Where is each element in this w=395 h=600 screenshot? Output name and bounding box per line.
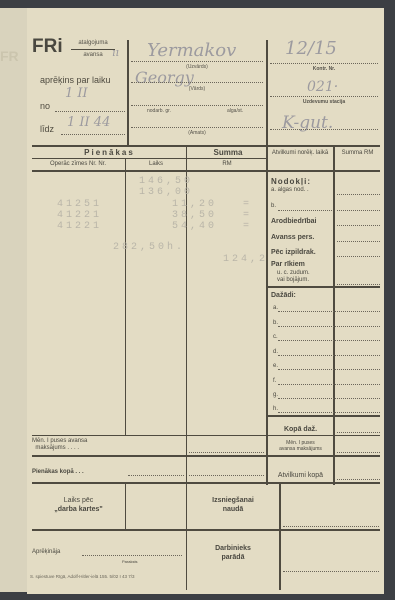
tax-a: a. algas nod. . xyxy=(271,187,309,193)
payout-label: Izsniegšanainaudā xyxy=(187,496,279,514)
damages-label: Par rīkiem xyxy=(271,261,305,268)
rm-line-4: 38,50 xyxy=(172,210,217,221)
earnings-sum-header: Summa xyxy=(188,148,268,157)
tax-b: b. xyxy=(271,203,276,209)
position-caption: (Amats) xyxy=(131,130,263,136)
ops-line-4: 41221 xyxy=(57,210,102,221)
calculated-by-label: Aprēķināja xyxy=(32,549,60,555)
earnings-header: Pienākas xyxy=(32,148,187,157)
misc-label: Dažādi: xyxy=(271,292,296,299)
union-fees: Arodbiedrībai xyxy=(271,218,317,225)
period-to-label: līdz xyxy=(40,124,54,134)
ops-line-5: 41221 xyxy=(57,221,102,232)
deductions-total-label: Atvilkumi kopā xyxy=(268,472,333,479)
position-value[interactable]: K-gut. xyxy=(282,113,333,133)
worker-owes-label: Darbinieksparādā xyxy=(187,544,279,562)
half-month-advance: Mēn. I puses avansa maksājums . . . . xyxy=(32,438,87,452)
name-value[interactable]: Georgy xyxy=(135,68,194,87)
period-from-value[interactable]: 1 II xyxy=(65,86,88,101)
col-operations: Operāc zīmes Nr. Nr. xyxy=(32,161,124,167)
col-time: Laiks xyxy=(127,161,185,167)
period-to-value[interactable]: 1 II 44 xyxy=(67,115,110,130)
signature-caption: Paraksts xyxy=(122,559,138,564)
deductions-sum-header: Summa RM xyxy=(335,149,380,157)
performance-caption: Uzdevumu stacija xyxy=(270,99,378,105)
ops-line-3: 41251 xyxy=(57,199,102,210)
type-top: atalgojuma xyxy=(71,40,115,46)
adjacent-page-edge: FR xyxy=(0,8,28,592)
form-logo: FRi xyxy=(32,36,63,58)
wage-caption: alga/st. xyxy=(227,108,243,114)
contract-value[interactable]: 12/15 xyxy=(285,38,337,59)
rm-line-3: 11,20 xyxy=(172,199,217,210)
form-title: aprēķins par laiku xyxy=(40,75,111,85)
type-bottom: avansa xyxy=(71,52,115,58)
taxes-label: Nodokļi: xyxy=(271,177,311,186)
subtotal-time: 282,50h. xyxy=(113,242,185,253)
after-execution: Pēc izpildrak. xyxy=(271,249,316,256)
payroll-form: FRi atalgojuma avansa ıı aprēķins par la… xyxy=(27,8,384,594)
period-from-label: no xyxy=(40,101,50,111)
time-line-2: 136,00 xyxy=(139,187,193,198)
rm-line-5: 54,40 xyxy=(172,221,217,232)
time-line-1: 146,50 xyxy=(139,176,193,187)
performance-value[interactable]: 021· xyxy=(307,79,338,95)
name-caption: (Vārds) xyxy=(131,86,263,92)
printer-imprint: S. spiestuve Rīgā, Adolf-Hitler-ielā 155… xyxy=(30,574,135,579)
contract-caption: Kontr. Nr. xyxy=(270,66,378,72)
time-card-label: Laiks pēc„darba kartes" xyxy=(32,496,125,514)
col-rm: RM xyxy=(188,161,266,167)
advance-pers: Avanss pers. xyxy=(271,234,314,241)
misc-total: Kopā daž. xyxy=(268,426,333,433)
due-total-label: Pienākas kopā . . . xyxy=(32,469,84,475)
subtotal-rm: 124,2 xyxy=(223,254,268,265)
deductions-half-month: Mēn. I pusesavansa maksājums xyxy=(268,440,333,452)
group-caption: nodarb. gr. xyxy=(147,108,171,114)
surname-value[interactable]: Yermakov xyxy=(147,40,236,61)
deductions-header: Atvilkumi norēķ. laikā xyxy=(268,149,332,157)
